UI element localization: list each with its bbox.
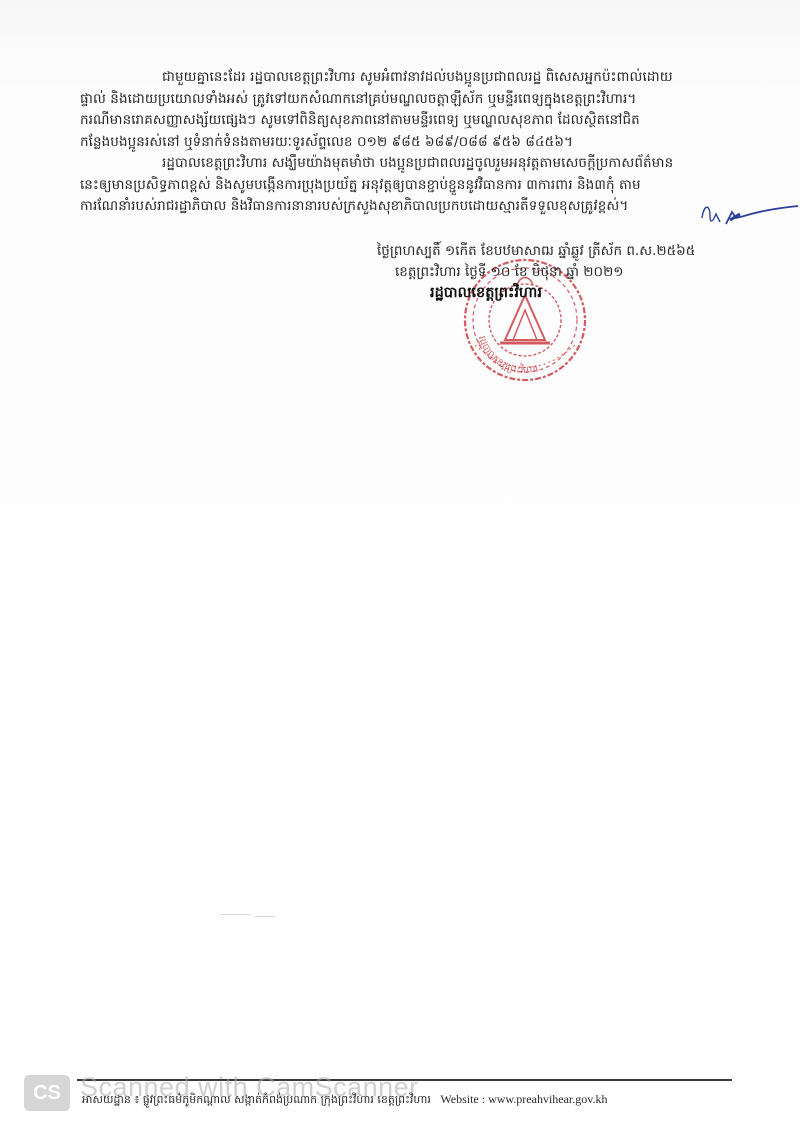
footer-website: Website : www.preahvihear.gov.kh [440, 1092, 607, 1106]
footer-address: អាសយដ្ឋាន ៖ ផ្លូវព្រះធម៌ភូមិកណ្តាល សង្កា… [82, 1093, 431, 1106]
text-line: ជាមួយគ្នានេះដែរ រដ្ឋបាលខេត្តព្រះវិហារ សូ… [80, 67, 740, 89]
text-line: កន្លែងបងប្អូនរស់នៅ ឬទំនាក់ទំនងតាមរយៈទូរស… [80, 132, 740, 154]
scan-speck [220, 914, 250, 915]
paragraph-appeal: ជាមួយគ្នានេះដែរ រដ្ឋបាលខេត្តព្រះវិហារ សូ… [80, 67, 740, 153]
place-and-date: ខេត្តព្រះវិហារ ថ្ងៃទី ១០ ខែ មិថុនា ឆ្នាំ… [370, 262, 750, 283]
issuing-authority: រដ្ឋបាលខេត្តព្រះវិហារ [370, 283, 750, 304]
text-line: រដ្ឋបាលខេត្តព្រះវិហារ សង្ឃឹមយ៉ាងមុតមាំថា… [80, 153, 740, 175]
paragraph-hope: រដ្ឋបាលខេត្តព្រះវិហារ សង្ឃឹមយ៉ាងមុតមាំថា… [80, 153, 740, 218]
svg-text:រដ្ឋបាលខេត្តព្រះវិហារ: រដ្ឋបាលខេត្តព្រះវិហារ [476, 335, 540, 377]
stamp-text: រដ្ឋបាលខេត្តព្រះវិហារ [476, 335, 540, 377]
footer: អាសយដ្ឋាន ៖ ផ្លូវព្រះធម៌ភូមិកណ្តាល សង្កា… [82, 1092, 608, 1109]
lunar-date: ថ្ងៃព្រហស្បតិ៍ ១កើត ខែបឋមាសាឍ ឆ្នាំឆ្លូវ… [370, 241, 750, 262]
scan-speck [255, 916, 275, 917]
document-body: ជាមួយគ្នានេះដែរ រដ្ឋបាលខេត្តព្រះវិហារ សូ… [80, 67, 740, 218]
text-line: ការណែនាំរបស់រាជរដ្ឋាភិបាល និងវិធានការនាន… [80, 196, 740, 218]
text-line: ករណីមានរោគសញ្ញាសង្ស័យផ្សេងៗ សូមទៅពិនិត្យ… [80, 110, 740, 132]
text-line: ផ្ទាល់ និងដោយប្រយោលទាំងអស់ ត្រូវទៅយកសំណា… [80, 89, 740, 111]
text-line: នេះឲ្យមានប្រសិទ្ធភាពខ្ពស់ និងសូមបង្កើនកា… [80, 175, 740, 197]
camscanner-logo-icon: CS [24, 1075, 70, 1111]
closing-block: ថ្ងៃព្រហស្បតិ៍ ១កើត ខែបឋមាសាឍ ឆ្នាំឆ្លូវ… [370, 241, 750, 304]
scanned-page: ជាមួយគ្នានេះដែរ រដ្ឋបាលខេត្តព្រះវិហារ សូ… [0, 0, 800, 1139]
